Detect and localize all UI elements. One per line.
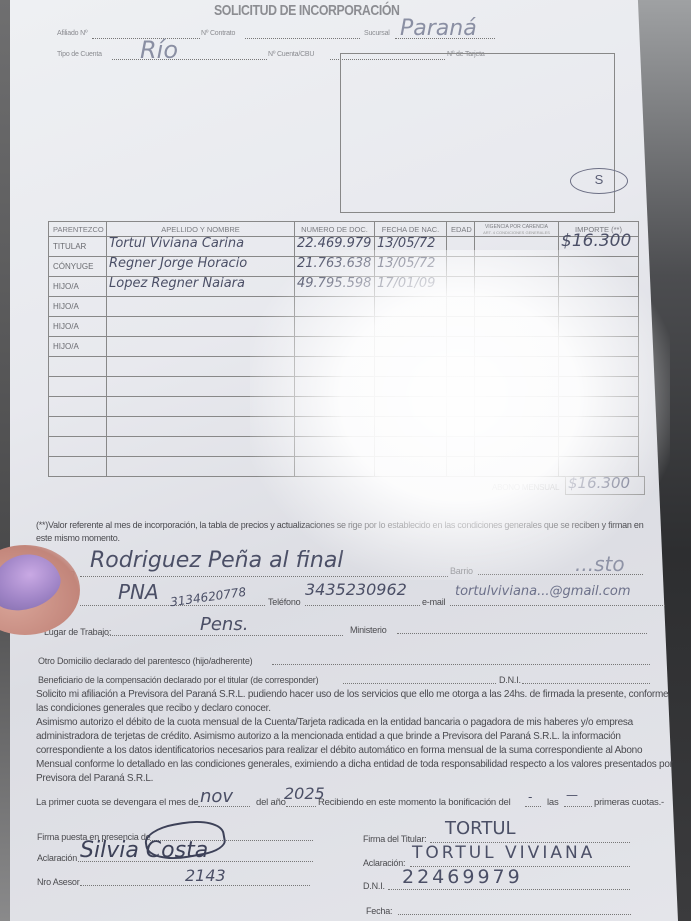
tipo-cuenta-field[interactable]	[112, 59, 267, 60]
asesor-label: Nro Asesor	[37, 877, 80, 887]
cell-parentezco[interactable]: CÓNYUGE	[49, 257, 107, 277]
handwritten-doc: 21.763.638	[297, 256, 371, 271]
cell-doc[interactable]	[295, 317, 375, 337]
table-body: TITULARTortul Viviana Carina22.469.97913…	[49, 237, 639, 477]
cuota-bonif-field[interactable]	[525, 806, 541, 807]
otro-domicilio-field[interactable]	[272, 664, 650, 665]
cuota-suffix: primeras cuotas.-	[594, 797, 664, 808]
cell-nombre[interactable]: Regner Jorge Horacio	[107, 257, 295, 277]
cell-vigencia[interactable]	[475, 317, 559, 337]
table-header-row: PARENTEZCO APELLIDO Y NOMBRE NUMERO DE D…	[49, 222, 639, 237]
table-row: HIJO/A	[49, 317, 639, 337]
photo-box	[340, 53, 615, 213]
beneficiario-label: Beneficiario de la compensación declarad…	[38, 675, 318, 685]
fecha-label: Fecha:	[366, 906, 392, 916]
cell-importe[interactable]	[559, 277, 639, 297]
telefono-label: Teléfono	[268, 597, 300, 607]
cuota-las-value: —	[566, 788, 578, 802]
cell-doc[interactable]	[295, 417, 375, 437]
table-row	[49, 397, 639, 417]
table-row: HIJO/ALopez Regner Naiara49.795.59817/01…	[49, 277, 639, 297]
afiliado-label: Afiliado Nº	[57, 30, 87, 37]
cell-edad[interactable]	[447, 237, 475, 257]
table-row: TITULARTortul Viviana Carina22.469.97913…	[49, 237, 639, 257]
cell-importe[interactable]	[559, 317, 639, 337]
cell-parentezco[interactable]	[49, 357, 107, 377]
cell-vigencia[interactable]	[475, 357, 559, 377]
cuota-anio-field[interactable]	[286, 806, 316, 807]
header-vigencia: VIGENCIA POR CARENCIAART. 4 CONDICIONES …	[475, 222, 559, 237]
domicilio-field[interactable]	[80, 576, 448, 577]
beneficiario-dni-field[interactable]	[522, 683, 650, 684]
cell-doc[interactable]: 21.763.638	[295, 257, 375, 277]
table-row	[49, 377, 639, 397]
cell-vigencia[interactable]	[475, 257, 559, 277]
cell-fecha[interactable]	[375, 357, 447, 377]
email-field[interactable]	[450, 605, 665, 606]
dni-label: D.N.I.	[363, 881, 385, 891]
cuota-mes-value: nov	[200, 786, 233, 807]
cell-fecha[interactable]: 13/05/72	[375, 257, 447, 277]
cell-nombre[interactable]	[107, 317, 295, 337]
cuota-bonif-text: Recibiendo en este momento la bonificaci…	[318, 797, 511, 808]
cell-doc[interactable]	[295, 437, 375, 457]
cell-vigencia[interactable]	[475, 397, 559, 417]
cell-doc[interactable]	[295, 397, 375, 417]
cell-doc[interactable]: 22.469.979	[295, 237, 375, 257]
localidad-value: PNA	[118, 580, 159, 604]
cell-fecha[interactable]	[375, 397, 447, 417]
telefono-field[interactable]	[305, 605, 420, 606]
cell-doc[interactable]	[295, 377, 375, 397]
cell-nombre[interactable]	[107, 357, 295, 377]
table-row: HIJO/A	[49, 297, 639, 317]
otro-domicilio-label: Otro Domicilio declarado del parentesco …	[38, 656, 252, 666]
cell-edad[interactable]	[447, 357, 475, 377]
members-table: PARENTEZCO APELLIDO Y NOMBRE NUMERO DE D…	[48, 221, 639, 477]
cuota-bonif-value: -	[528, 790, 532, 804]
cell-vigencia[interactable]	[475, 237, 559, 257]
cell-parentezco[interactable]	[49, 457, 107, 477]
email-label: e-mail	[422, 597, 445, 607]
handwritten-nombre: Regner Jorge Horacio	[109, 256, 247, 271]
cuota-anio-label: del año	[256, 797, 286, 808]
cell-vigencia[interactable]	[475, 457, 559, 477]
aclaracion-left-label: Aclaración	[37, 853, 77, 863]
cell-vigencia[interactable]	[475, 277, 559, 297]
header-fecha: FECHA DE NAC.	[375, 222, 447, 237]
tipo-cuenta-value: Río	[140, 36, 178, 64]
email-value: tortulviviana...@gmail.com	[455, 584, 631, 599]
header-vigencia-label: VIGENCIA POR CARENCIA	[479, 224, 554, 230]
cell-parentezco[interactable]	[49, 377, 107, 397]
cell-importe[interactable]	[559, 377, 639, 397]
handwritten-fecha: 13/05/72	[377, 256, 435, 271]
cell-importe[interactable]	[559, 437, 639, 457]
cell-edad[interactable]	[447, 377, 475, 397]
telefono-value: 3435230962	[305, 580, 407, 599]
cell-nombre[interactable]	[107, 437, 295, 457]
cell-doc[interactable]	[295, 297, 375, 317]
barrio-value: ...sto	[575, 552, 625, 576]
form-title: SOLICITUD DE INCORPORACIÓN	[214, 2, 399, 19]
cell-importe[interactable]: $16.300	[559, 237, 639, 257]
cell-nombre[interactable]: Tortul Viviana Carina	[107, 237, 295, 257]
handwritten-nombre: Tortul Viviana Carina	[109, 236, 244, 251]
ministerio-field[interactable]	[397, 633, 647, 634]
cell-vigencia[interactable]	[475, 417, 559, 437]
abono-mensual-value: $16.300	[568, 474, 630, 492]
circled-mark: S	[570, 168, 628, 194]
dni-value: 22469979	[402, 866, 523, 888]
dni-field[interactable]	[388, 889, 630, 890]
handwritten-fecha: 13/05/72	[377, 236, 435, 251]
table-row	[49, 417, 639, 437]
asesor-field[interactable]	[80, 885, 310, 886]
cell-doc[interactable]: 49.795.598	[295, 277, 375, 297]
cell-fecha[interactable]	[375, 297, 447, 317]
footnote: (**)Valor referente al mes de incorporac…	[36, 519, 656, 545]
cell-parentezco[interactable]	[49, 437, 107, 457]
beneficiario-dni-label: D.N.I.	[499, 675, 521, 685]
table-row: CÓNYUGERegner Jorge Horacio21.763.63813/…	[49, 257, 639, 277]
trabajo-label: Lugar de Trabajo:	[44, 627, 111, 637]
cell-nombre[interactable]	[107, 297, 295, 317]
cell-vigencia[interactable]	[475, 337, 559, 357]
header-doc: NUMERO DE DOC.	[295, 222, 375, 237]
cell-parentezco[interactable]: HIJO/A	[49, 277, 107, 297]
handwritten-doc: 22.469.979	[297, 236, 371, 251]
cell-importe[interactable]	[559, 297, 639, 317]
cell-vigencia[interactable]	[475, 377, 559, 397]
firma-titular-value: TORTUL	[445, 818, 516, 839]
cell-fecha[interactable]	[375, 337, 447, 357]
cell-nombre[interactable]	[107, 337, 295, 357]
cuota-las-label: las	[547, 797, 559, 808]
cell-nombre[interactable]	[107, 377, 295, 397]
cell-edad[interactable]	[447, 257, 475, 277]
cell-nombre[interactable]	[107, 397, 295, 417]
table-row	[49, 457, 639, 477]
cell-fecha[interactable]: 17/01/09	[375, 277, 447, 297]
handwritten-importe: $16.300	[561, 231, 631, 251]
cell-importe[interactable]	[559, 397, 639, 417]
cell-edad[interactable]	[447, 297, 475, 317]
cell-importe[interactable]	[559, 337, 639, 357]
header-nombre: APELLIDO Y NOMBRE	[107, 222, 295, 237]
cell-edad[interactable]	[447, 277, 475, 297]
header-edad: EDAD	[447, 222, 475, 237]
fecha-field[interactable]	[398, 914, 631, 915]
handwritten-fecha: 17/01/09	[377, 276, 435, 291]
header-parentezco: PARENTEZCO	[49, 222, 107, 237]
aclaracion-left-value: Silvia Costa	[80, 838, 208, 863]
cell-edad[interactable]	[447, 337, 475, 357]
handwritten-nombre: Lopez Regner Naiara	[109, 276, 245, 291]
cell-fecha[interactable]	[375, 377, 447, 397]
aclaracion-right-value: TORTUL VIVIANA	[412, 843, 595, 863]
cell-parentezco[interactable]	[49, 417, 107, 437]
cell-parentezco[interactable]: TITULAR	[49, 237, 107, 257]
tipo-cuenta-label: Tipo de Cuenta	[57, 51, 102, 58]
cell-vigencia[interactable]	[475, 297, 559, 317]
cell-fecha[interactable]	[375, 457, 447, 477]
cell-importe[interactable]	[559, 357, 639, 377]
legal-text-affiliation: Solicito mi afiliación a Previsora del P…	[36, 688, 676, 716]
cell-fecha[interactable]: 13/05/72	[375, 237, 447, 257]
cell-doc[interactable]	[295, 337, 375, 357]
cell-importe[interactable]	[559, 257, 639, 277]
asesor-value: 2143	[185, 866, 226, 885]
cell-vigencia[interactable]	[475, 437, 559, 457]
cell-edad[interactable]	[447, 317, 475, 337]
aclaracion-right-label: Aclaración:	[363, 858, 405, 868]
contrato-field[interactable]	[245, 38, 360, 39]
cell-edad[interactable]	[447, 457, 475, 477]
sucursal-label: Sucursal	[364, 30, 390, 37]
cell-parentezco[interactable]: HIJO/A	[49, 337, 107, 357]
domicilio-value: Rodriguez Peña al final	[90, 548, 343, 573]
cell-fecha[interactable]	[375, 417, 447, 437]
trabajo-value: Pens.	[200, 614, 248, 635]
cuota-prefix: La primer cuota se devengara el mes de	[36, 797, 198, 808]
table-row	[49, 437, 639, 457]
trabajo-field[interactable]	[108, 635, 343, 636]
cell-fecha[interactable]	[375, 437, 447, 457]
cell-edad[interactable]	[447, 397, 475, 417]
ministerio-label: Ministerio	[350, 625, 387, 635]
cell-nombre[interactable]	[107, 417, 295, 437]
legal-text-debit-authorization: Asimismo autorizo el débito de la cuota …	[36, 716, 676, 786]
cell-parentezco[interactable]: HIJO/A	[49, 297, 107, 317]
abono-mensual-label: ABONO MENSUAL	[492, 483, 559, 492]
cell-importe[interactable]	[559, 417, 639, 437]
table-row: HIJO/A	[49, 337, 639, 357]
cell-doc[interactable]	[295, 457, 375, 477]
cell-parentezco[interactable]: HIJO/A	[49, 317, 107, 337]
barrio-label: Barrio	[450, 566, 473, 576]
contrato-label: Nº Contrato	[201, 30, 235, 37]
cell-parentezco[interactable]	[49, 397, 107, 417]
cell-edad[interactable]	[447, 437, 475, 457]
table-row	[49, 357, 639, 377]
cell-nombre[interactable]	[107, 457, 295, 477]
cuota-las-field[interactable]	[564, 806, 592, 807]
cell-edad[interactable]	[447, 417, 475, 437]
cell-nombre[interactable]: Lopez Regner Naiara	[107, 277, 295, 297]
cuenta-cbu-label: Nº Cuenta/CBU	[268, 51, 314, 58]
header-vigencia-sub: ART. 4 CONDICIONES GENERALES	[479, 230, 554, 235]
cell-doc[interactable]	[295, 357, 375, 377]
sucursal-value: Paraná	[400, 16, 477, 41]
cell-fecha[interactable]	[375, 317, 447, 337]
beneficiario-field[interactable]	[343, 683, 496, 684]
handwritten-doc: 49.795.598	[297, 276, 371, 291]
